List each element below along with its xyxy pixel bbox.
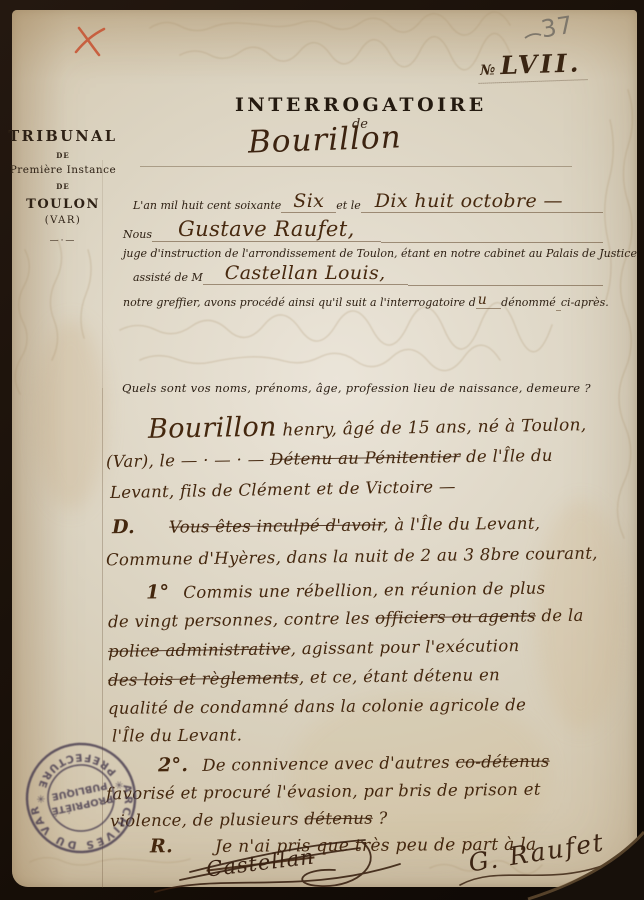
blank-rule xyxy=(381,223,603,243)
tribunal-de2: DE xyxy=(6,182,120,191)
deposition-text: ? xyxy=(373,809,388,828)
numero-sign: № xyxy=(480,62,496,79)
deposition-text: de la xyxy=(536,606,584,626)
tribunal-title: TRIBUNAL xyxy=(6,128,120,145)
printed-text: dénommé xyxy=(501,296,556,309)
deposition-text: des lois et règlements xyxy=(108,668,299,690)
deposition-text: de vingt personnes, contre les xyxy=(108,609,375,632)
deposition-text: (Var), le — · — · — xyxy=(106,450,270,471)
form-line-clerk: assisté de M Castellan Louis, xyxy=(133,264,603,287)
pencil-archival-number: 37 xyxy=(539,11,576,44)
deposition-text: détenus xyxy=(304,809,373,829)
document-title: INTERROGATOIRE xyxy=(235,94,481,116)
archive-stamp: ARCHIVES DU VAR ✳ PREFECTURE ✳ PROPRIÉTÉ… xyxy=(4,721,158,875)
printed-text: et le xyxy=(336,199,360,212)
deposition-text: de l'Île du xyxy=(460,446,552,466)
handwritten-date: Dix huit octobre — xyxy=(361,190,603,213)
tribunal-de: DE xyxy=(6,151,120,160)
deposition-text: Bourillon xyxy=(148,412,277,445)
deposition-text: , et ce, étant détenu en xyxy=(299,665,500,687)
printed-text: ci-après. xyxy=(561,296,609,309)
deposition-label: 2°. xyxy=(158,754,189,776)
deposition-text: Commis une rébellion, en réunion de plus xyxy=(183,579,545,602)
deposition-text: police administrative xyxy=(108,639,291,661)
deposition-text: , à l'Île du Levant, xyxy=(383,514,540,535)
deposition-text: qualité de condamné dans la colonie agri… xyxy=(108,695,526,718)
defendant-name-heading: Bourillon xyxy=(247,119,402,160)
form-line-date: L'an mil huit cent soixante Six et le Di… xyxy=(133,192,603,215)
deposition-label: D. xyxy=(112,516,135,538)
tribunal-instance: Première Instance xyxy=(6,164,120,176)
deposition-text: Détenu au Pénitentier xyxy=(270,447,461,469)
deposition-text: , agissant pour l'exécution xyxy=(291,636,520,658)
deposition-text: officiers ou agents xyxy=(375,606,536,627)
handwritten-judge-name: Gustave Raufet, xyxy=(152,217,381,242)
handwritten-article: u xyxy=(476,292,501,309)
deposition-text: co-détenus xyxy=(455,752,549,772)
deposition-text: Vous êtes inculpé d'avoir xyxy=(169,515,383,536)
title-rule xyxy=(140,166,572,167)
printed-text: L'an mil huit cent soixante xyxy=(133,199,281,212)
folio-number: № LVII. xyxy=(477,48,587,84)
tribunal-letterhead: TRIBUNAL DE Première Instance DE TOULON … xyxy=(6,128,120,246)
printed-text: assisté de M xyxy=(133,271,203,284)
document-photo: 37 № LVII. TRIBUNAL DE Première Instance… xyxy=(0,0,644,900)
printed-question-identity: Quels sont vos noms, prénoms, âge, profe… xyxy=(122,381,591,395)
tribunal-departement: (VAR) xyxy=(45,215,82,226)
red-x-mark xyxy=(72,26,108,58)
deposition-text: henry, âgé de 15 ans, né à Toulon, xyxy=(277,415,587,440)
form-line-greffier: notre greffier, avons procédé ainsi qu'i… xyxy=(123,291,605,311)
form-line-function: juge d'instruction de l'arrondissement d… xyxy=(123,247,637,260)
printed-text: notre greffier, avons procédé ainsi qu'i… xyxy=(123,296,476,309)
printed-text: juge d'instruction de l'arrondissement d… xyxy=(123,247,637,260)
form-line-judge: Nous Gustave Raufet, xyxy=(123,219,603,244)
handwritten-clerk-name: Castellan Louis, xyxy=(203,262,408,285)
handwritten-year: Six xyxy=(281,190,336,213)
deposition-text: De connivence avec d'autres xyxy=(202,753,455,775)
tribunal-city: TOULON (VAR) xyxy=(6,197,120,227)
deposition-label: 1° xyxy=(146,581,170,603)
blank-rule xyxy=(408,266,603,286)
deposition-line: D.Vous êtes inculpé d'avoir, à l'Île du … xyxy=(112,512,540,538)
printed-text: Nous xyxy=(123,228,152,241)
folio-value: LVII. xyxy=(500,48,582,80)
deposition-line: qualité de condamné dans la colonie agri… xyxy=(108,695,526,718)
letterhead-ornament: —·— xyxy=(6,236,120,246)
